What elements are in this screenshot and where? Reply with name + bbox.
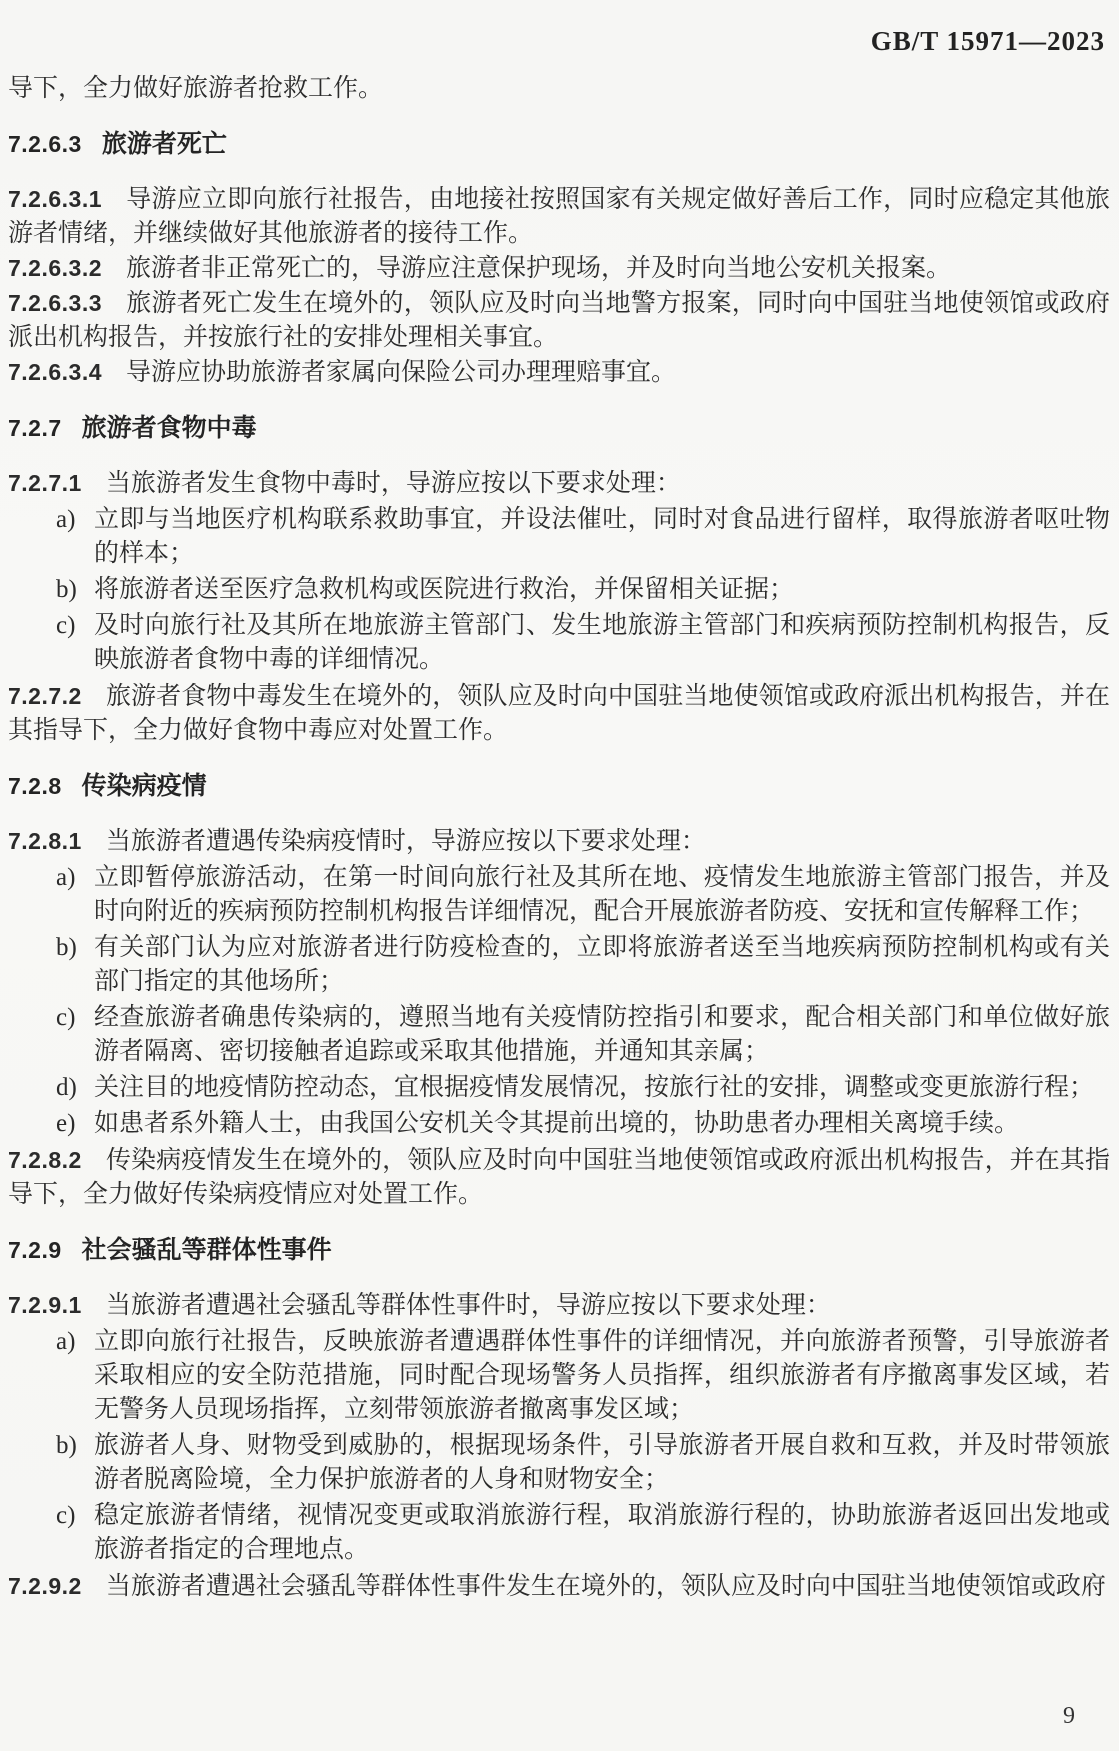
clause-paragraph: 7.2.6.3.2旅游者非正常死亡的，导游应注意保护现场，并及时向当地公安机关报… bbox=[8, 251, 1110, 286]
list-item-label: b) bbox=[56, 1429, 94, 1463]
clause-paragraph: 7.2.8.1当旅游者遭遇传染病疫情时，导游应按以下要求处理： bbox=[8, 824, 1110, 859]
clause-number: 7.2.6.3.2 bbox=[8, 255, 102, 281]
list-item-label: b) bbox=[56, 931, 94, 965]
list-item-label: b) bbox=[56, 573, 94, 607]
clause-paragraph: 7.2.8.2传染病疫情发生在境外的，领队应及时向中国驻当地使领馆或政府派出机构… bbox=[8, 1143, 1110, 1212]
list-item-text: 旅游者人身、财物受到威胁的，根据现场条件，引导旅游者开展自救和互救，并及时带领旅… bbox=[94, 1429, 1110, 1497]
clause-paragraph: 7.2.6.3.3旅游者死亡发生在境外的，领队应及时向当地警方报案，同时向中国驻… bbox=[8, 286, 1110, 355]
list-item: a)立即与当地医疗机构联系救助事宜，并设法催吐，同时对食品进行留样，取得旅游者呕… bbox=[8, 503, 1110, 571]
section-heading: 7.2.9社会骚乱等群体性事件 bbox=[8, 1233, 1110, 1267]
list-item-label: c) bbox=[56, 1001, 94, 1035]
clause-number: 7.2.7.1 bbox=[8, 470, 82, 496]
clause-paragraph: 7.2.6.3.1导游应立即向旅行社报告，由地接社按照国家有关规定做好善后工作，… bbox=[8, 182, 1110, 251]
clause-paragraph: 7.2.7.2旅游者食物中毒发生在境外的，领队应及时向中国驻当地使领馆或政府派出… bbox=[8, 679, 1110, 748]
section-heading: 7.2.8传染病疫情 bbox=[8, 769, 1110, 803]
list-item-label: c) bbox=[56, 1499, 94, 1533]
clause-text: 当旅游者遭遇社会骚乱等群体性事件时，导游应按以下要求处理： bbox=[106, 1292, 831, 1319]
list-item: c)经查旅游者确患传染病的，遵照当地有关疫情防控指引和要求，配合相关部门和单位做… bbox=[8, 1001, 1110, 1069]
list-item-label: a) bbox=[56, 503, 94, 537]
list-item-label: a) bbox=[56, 1325, 94, 1359]
clause-paragraph: 7.2.9.2当旅游者遭遇社会骚乱等群体性事件发生在境外的，领队应及时向中国驻当… bbox=[8, 1569, 1110, 1604]
alpha-list: a)立即与当地医疗机构联系救助事宜，并设法催吐，同时对食品进行留样，取得旅游者呕… bbox=[8, 503, 1110, 677]
list-item-text: 将旅游者送至医疗急救机构或医院进行救治，并保留相关证据； bbox=[94, 573, 1110, 607]
list-item: a)立即暂停旅游活动，在第一时间向旅行社及其所在地、疫情发生地旅游主管部门报告，… bbox=[8, 861, 1110, 929]
clause-text: 旅游者食物中毒发生在境外的，领队应及时向中国驻当地使领馆或政府派出机构报告，并在… bbox=[8, 683, 1110, 744]
clause-text: 当旅游者发生食物中毒时，导游应按以下要求处理： bbox=[106, 470, 681, 497]
alpha-list: a)立即向旅行社报告，反映旅游者遭遇群体性事件的详细情况，并向旅游者预警，引导旅… bbox=[8, 1325, 1110, 1567]
list-item: b)将旅游者送至医疗急救机构或医院进行救治，并保留相关证据； bbox=[8, 573, 1110, 607]
body-paragraph: 导下，全力做好旅游者抢救工作。 bbox=[8, 72, 1110, 106]
clause-paragraph: 7.2.7.1当旅游者发生食物中毒时，导游应按以下要求处理： bbox=[8, 466, 1110, 501]
document-content: 导下，全力做好旅游者抢救工作。7.2.6.3旅游者死亡7.2.6.3.1导游应立… bbox=[8, 72, 1110, 1604]
alpha-list: a)立即暂停旅游活动，在第一时间向旅行社及其所在地、疫情发生地旅游主管部门报告，… bbox=[8, 861, 1110, 1141]
clause-text: 导游应立即向旅行社报告，由地接社按照国家有关规定做好善后工作，同时应稳定其他旅游… bbox=[8, 186, 1110, 247]
clause-number: 7.2.8.2 bbox=[8, 1147, 82, 1173]
page-number: 9 bbox=[1063, 1703, 1075, 1730]
clause-number: 7.2.6.3.4 bbox=[8, 359, 102, 385]
standard-code: GB/T 15971—2023 bbox=[871, 26, 1105, 57]
clause-paragraph: 7.2.9.1当旅游者遭遇社会骚乱等群体性事件时，导游应按以下要求处理： bbox=[8, 1288, 1110, 1323]
list-item-text: 经查旅游者确患传染病的，遵照当地有关疫情防控指引和要求，配合相关部门和单位做好旅… bbox=[94, 1001, 1110, 1069]
list-item-text: 关注目的地疫情防控动态，宜根据疫情发展情况，按旅行社的安排，调整或变更旅游行程； bbox=[94, 1071, 1110, 1105]
list-item-text: 立即暂停旅游活动，在第一时间向旅行社及其所在地、疫情发生地旅游主管部门报告，并及… bbox=[94, 861, 1110, 929]
section-heading: 7.2.7旅游者食物中毒 bbox=[8, 411, 1110, 445]
clause-text: 旅游者非正常死亡的，导游应注意保护现场，并及时向当地公安机关报案。 bbox=[126, 255, 951, 282]
clause-paragraph: 7.2.6.3.4导游应协助旅游者家属向保险公司办理理赔事宜。 bbox=[8, 355, 1110, 390]
clause-number: 7.2.8.1 bbox=[8, 828, 82, 854]
clause-number: 7.2.9.1 bbox=[8, 1292, 82, 1318]
list-item: d)关注目的地疫情防控动态，宜根据疫情发展情况，按旅行社的安排，调整或变更旅游行… bbox=[8, 1071, 1110, 1105]
section-title: 传染病疫情 bbox=[82, 772, 207, 800]
list-item: b)旅游者人身、财物受到威胁的，根据现场条件，引导旅游者开展自救和互救，并及时带… bbox=[8, 1429, 1110, 1497]
section-number: 7.2.7 bbox=[8, 415, 62, 441]
list-item: b)有关部门认为应对旅游者进行防疫检查的，立即将旅游者送至当地疾病预防控制机构或… bbox=[8, 931, 1110, 999]
list-item-text: 立即与当地医疗机构联系救助事宜，并设法催吐，同时对食品进行留样，取得旅游者呕吐物… bbox=[94, 503, 1110, 571]
section-title: 旅游者死亡 bbox=[102, 130, 227, 158]
list-item: e)如患者系外籍人士，由我国公安机关令其提前出境的，协助患者办理相关离境手续。 bbox=[8, 1107, 1110, 1141]
section-title: 旅游者食物中毒 bbox=[82, 414, 257, 442]
list-item-text: 如患者系外籍人士，由我国公安机关令其提前出境的，协助患者办理相关离境手续。 bbox=[94, 1107, 1110, 1141]
document-page: GB/T 15971—2023 导下，全力做好旅游者抢救工作。7.2.6.3旅游… bbox=[0, 0, 1119, 1751]
clause-text: 当旅游者遭遇社会骚乱等群体性事件发生在境外的，领队应及时向中国驻当地使领馆或政府 bbox=[106, 1573, 1106, 1600]
section-title: 社会骚乱等群体性事件 bbox=[82, 1236, 332, 1264]
section-number: 7.2.6.3 bbox=[8, 131, 82, 157]
list-item-text: 稳定旅游者情绪，视情况变更或取消旅游行程，取消旅游行程的，协助旅游者返回出发地或… bbox=[94, 1499, 1110, 1567]
clause-number: 7.2.6.3.3 bbox=[8, 290, 102, 316]
clause-text: 当旅游者遭遇传染病疫情时，导游应按以下要求处理： bbox=[106, 828, 706, 855]
clause-number: 7.2.9.2 bbox=[8, 1573, 82, 1599]
list-item-label: e) bbox=[56, 1107, 94, 1141]
list-item-text: 立即向旅行社报告，反映旅游者遭遇群体性事件的详细情况，并向旅游者预警，引导旅游者… bbox=[94, 1325, 1110, 1427]
section-heading: 7.2.6.3旅游者死亡 bbox=[8, 127, 1110, 161]
clause-number: 7.2.6.3.1 bbox=[8, 186, 102, 212]
clause-text: 旅游者死亡发生在境外的，领队应及时向当地警方报案，同时向中国驻当地使领馆或政府派… bbox=[8, 290, 1110, 351]
list-item-label: c) bbox=[56, 609, 94, 643]
list-item: c)稳定旅游者情绪，视情况变更或取消旅游行程，取消旅游行程的，协助旅游者返回出发… bbox=[8, 1499, 1110, 1567]
clause-number: 7.2.7.2 bbox=[8, 683, 82, 709]
list-item: c)及时向旅行社及其所在地旅游主管部门、发生地旅游主管部门和疾病预防控制机构报告… bbox=[8, 609, 1110, 677]
clause-text: 传染病疫情发生在境外的，领队应及时向中国驻当地使领馆或政府派出机构报告，并在其指… bbox=[8, 1147, 1110, 1208]
list-item-text: 有关部门认为应对旅游者进行防疫检查的，立即将旅游者送至当地疾病预防控制机构或有关… bbox=[94, 931, 1110, 999]
clause-text: 导游应协助旅游者家属向保险公司办理理赔事宜。 bbox=[126, 359, 676, 386]
list-item-label: d) bbox=[56, 1071, 94, 1105]
list-item-text: 及时向旅行社及其所在地旅游主管部门、发生地旅游主管部门和疾病预防控制机构报告，反… bbox=[94, 609, 1110, 677]
section-number: 7.2.8 bbox=[8, 773, 62, 799]
list-item-label: a) bbox=[56, 861, 94, 895]
list-item: a)立即向旅行社报告，反映旅游者遭遇群体性事件的详细情况，并向旅游者预警，引导旅… bbox=[8, 1325, 1110, 1427]
section-number: 7.2.9 bbox=[8, 1237, 62, 1263]
